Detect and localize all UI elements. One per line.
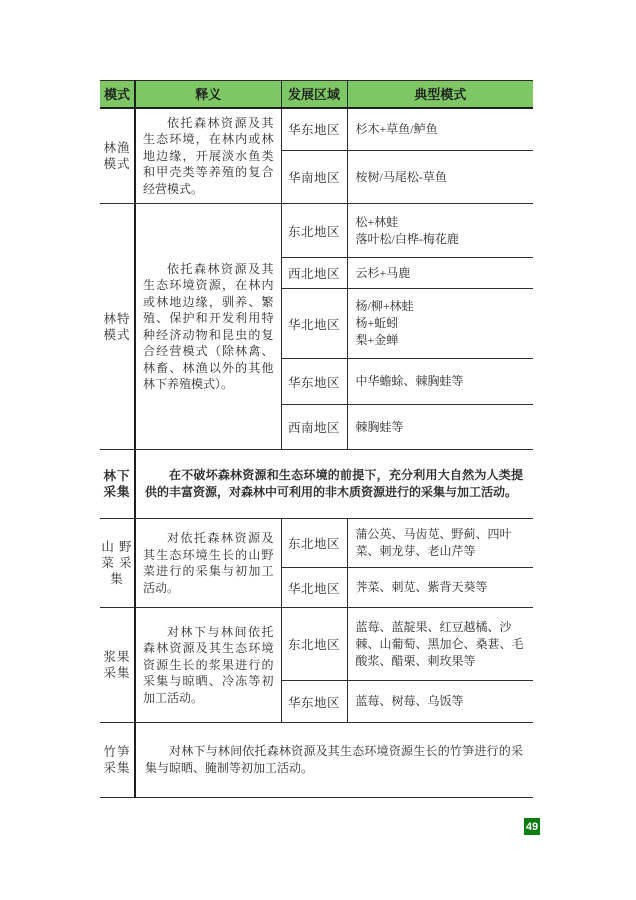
definition-cell: 对依托森林资源及其生态环境生长的山野菜进行的采集与初加工活动。 (135, 519, 281, 608)
region-cell: 东北地区 (281, 608, 347, 681)
region-cell: 东北地区 (281, 519, 347, 568)
definition-cell: 依托森林资源及其生态环境资源，在林内或林地边缘，驯养、繁殖、保护和开发利用特种经… (135, 204, 281, 450)
region-cell: 华南地区 (281, 151, 347, 204)
forestry-models-table: 模式 释义 发展区域 典型模式 林渔 模式 依托森林资源及其生态环境，在林内或林… (100, 80, 533, 798)
region-cell: 华东地区 (281, 108, 347, 151)
table-row: 浆果 采集 对林下与林间依托森林资源及其生态环境资源生长的浆果进行的采集与晾晒、… (100, 608, 533, 681)
region-cell: 华北地区 (281, 568, 347, 608)
typical-cell: 桉树/马尾松-草鱼 (347, 151, 533, 204)
table-row: 林渔 模式 依托森林资源及其生态环境，在林内或林地边缘，开展淡水鱼类和甲壳类等养… (100, 108, 533, 151)
definition-cell: 依托森林资源及其生态环境，在林内或林地边缘，开展淡水鱼类和甲壳类等养殖的复合经营… (135, 108, 281, 204)
region-cell: 西南地区 (281, 405, 347, 450)
typical-cell: 蓝莓、蓝靛果、红豆越橘、沙棘、山葡萄、黑加仑、桑葚、毛酸浆、醋栗、刺玫果等 (347, 608, 533, 681)
typical-cell: 松+林蛙 落叶松/白桦-梅花鹿 (347, 204, 533, 258)
mode-cell-shanyecai: 山 野 菜 采 集 (100, 519, 135, 608)
definition-cell: 对林下与林间依托森林资源及其生态环境资源生长的浆果进行的采集与晾晒、冷冻等初加工… (135, 608, 281, 723)
page-number-badge: 49 (524, 818, 540, 835)
typical-cell: 蓝莓、树莓、乌饭等 (347, 681, 533, 723)
region-cell: 西北地区 (281, 258, 347, 289)
typical-cell: 荠菜、刺苋、紫背天葵等 (347, 568, 533, 608)
table-row: 林特 模式 依托森林资源及其生态环境资源，在林内或林地边缘，驯养、繁殖、保护和开… (100, 204, 533, 258)
region-cell: 华东地区 (281, 359, 347, 405)
table-header-row: 模式 释义 发展区域 典型模式 (100, 81, 533, 108)
region-cell: 华东地区 (281, 681, 347, 723)
table-row: 竹笋 采集 对林下与林间依托森林资源及其生态环境资源生长的竹笋进行的采集与晾晒、… (100, 723, 533, 798)
typical-cell: 中华蟾蜍、棘胸蛙等 (347, 359, 533, 405)
header-region: 发展区域 (281, 81, 347, 108)
typical-cell: 云杉+马鹿 (347, 258, 533, 289)
mode-cell-zhusun: 竹笋 采集 (100, 723, 135, 798)
table-row: 林下 采集 在不破坏森林资源和生态环境的前提下，充分利用大自然为人类提供的丰富资… (100, 450, 533, 519)
document-page: 模式 释义 发展区域 典型模式 林渔 模式 依托森林资源及其生态环境，在林内或林… (0, 0, 636, 900)
header-mode: 模式 (100, 81, 135, 108)
mode-cell-linxia: 林下 采集 (100, 450, 135, 519)
mode-cell-linte: 林特 模式 (100, 204, 135, 450)
table-row: 山 野 菜 采 集 对依托森林资源及其生态环境生长的山野菜进行的采集与初加工活动… (100, 519, 533, 568)
typical-cell: 蒲公英、马齿苋、野蓟、四叶菜、刺龙芽、老山芹等 (347, 519, 533, 568)
mode-cell-jiangguo: 浆果 采集 (100, 608, 135, 723)
merged-text-cell: 在不破坏森林资源和生态环境的前提下，充分利用大自然为人类提供的丰富资源，对森林中… (135, 450, 533, 519)
merged-text-cell: 对林下与林间依托森林资源及其生态环境资源生长的竹笋进行的采集与晾晒、腌制等初加工… (135, 723, 533, 798)
mode-cell-linyu: 林渔 模式 (100, 108, 135, 204)
typical-cell: 杨/柳+林蛙 杨+蚯蚓 梨+金蝉 (347, 289, 533, 359)
region-cell: 东北地区 (281, 204, 347, 258)
typical-cell: 棘胸蛙等 (347, 405, 533, 450)
header-definition: 释义 (135, 81, 281, 108)
region-cell: 华北地区 (281, 289, 347, 359)
typical-cell: 杉木+草鱼/鲈鱼 (347, 108, 533, 151)
header-typical: 典型模式 (347, 81, 533, 108)
